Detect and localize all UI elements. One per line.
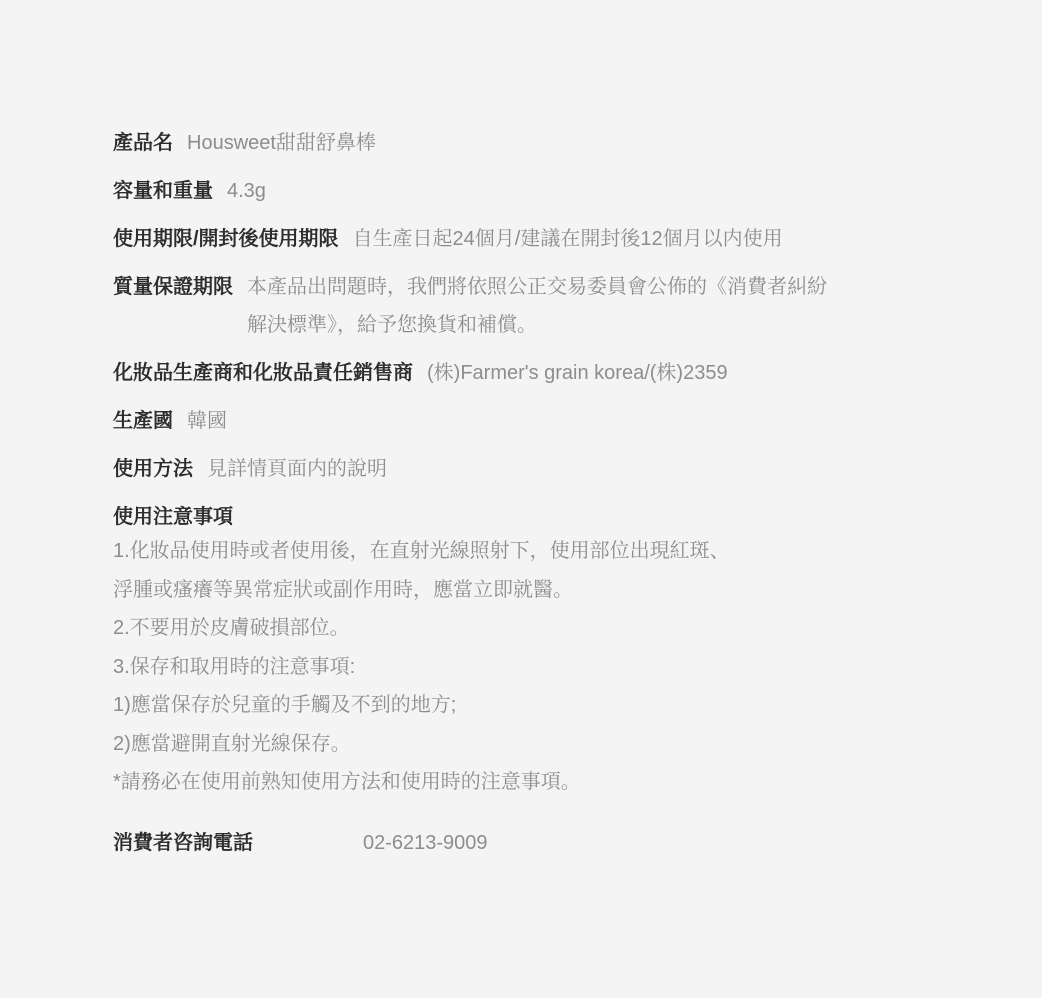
info-row-quality-guarantee: 質量保證期限 本產品出問題時，我們將依照公正交易委員會公佈的《消費者糾紛 解決標…	[113, 268, 939, 344]
volume-weight-value: 4.3g	[227, 172, 266, 210]
quality-guarantee-value: 本產品出問題時，我們將依照公正交易委員會公佈的《消費者糾紛 解決標準》，給予您換…	[247, 268, 827, 344]
info-row-volume-weight: 容量和重量 4.3g	[113, 172, 939, 210]
usage-notes-text: 1.化妝品使用時或者使用後，在直射光線照射下，使用部位出現紅斑、 浮腫或瘙癢等異…	[113, 532, 939, 802]
info-row-expiry: 使用期限/開封後使用期限 自生產日起24個月/建議在開封後12個月以内使用	[113, 220, 939, 258]
manufacturer-value: (株)Farmer's grain korea/(株)2359	[427, 354, 728, 392]
info-row-usage-method: 使用方法 見詳情頁面内的說明	[113, 450, 939, 488]
quality-guarantee-label: 質量保證期限	[113, 268, 233, 306]
consumer-phone-label: 消費者咨詢電話	[113, 824, 363, 862]
expiry-value: 自生產日起24個月/建議在開封後12個月以内使用	[353, 220, 783, 258]
info-row-consumer-phone: 消費者咨詢電話 02-6213-9009	[113, 824, 939, 862]
country-of-origin-value: 韓國	[187, 402, 227, 440]
manufacturer-label: 化妝品生產商和化妝品責任銷售商	[113, 354, 413, 392]
usage-notes-header-label: 使用注意事項	[113, 498, 233, 536]
product-name-label: 產品名	[113, 124, 173, 162]
info-row-product-name: 產品名 Housweet甜甜舒鼻棒	[113, 124, 939, 162]
product-info-sheet: 產品名 Housweet甜甜舒鼻棒 容量和重量 4.3g 使用期限/開封後使用期…	[113, 124, 939, 872]
info-row-manufacturer: 化妝品生產商和化妝品責任銷售商 (株)Farmer's grain korea/…	[113, 354, 939, 392]
country-of-origin-label: 生產國	[113, 402, 173, 440]
info-row-country-of-origin: 生產國 韓國	[113, 402, 939, 440]
usage-method-label: 使用方法	[113, 450, 193, 488]
product-name-value: Housweet甜甜舒鼻棒	[187, 124, 376, 162]
usage-method-value: 見詳情頁面内的說明	[207, 450, 387, 488]
expiry-label: 使用期限/開封後使用期限	[113, 220, 339, 258]
consumer-phone-value: 02-6213-9009	[363, 824, 488, 862]
volume-weight-label: 容量和重量	[113, 172, 213, 210]
info-row-usage-notes-header: 使用注意事項	[113, 498, 939, 536]
